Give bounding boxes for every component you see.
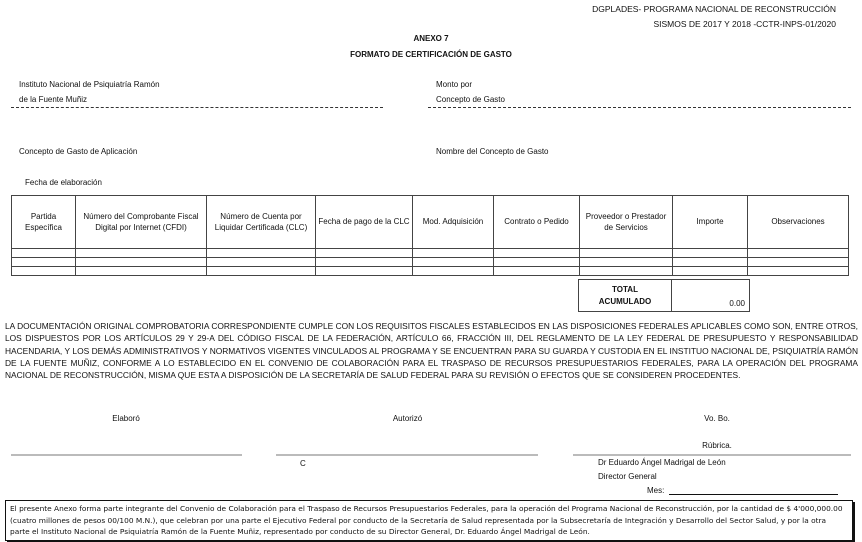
table-cell[interactable] <box>494 249 580 258</box>
table-cell[interactable] <box>673 258 748 267</box>
table-cell[interactable] <box>12 258 76 267</box>
header-line-2: SISMOS DE 2017 Y 2018 -CCTR-INPS-01/2020 <box>653 17 836 31</box>
table-cell[interactable] <box>748 258 849 267</box>
vobo-name: Dr Eduardo Ángel Madrigal de León <box>598 456 726 470</box>
month-label: Mes: <box>647 484 664 498</box>
table-cell[interactable] <box>580 258 673 267</box>
concept-application-label: Concepto de Gasto de Aplicación <box>19 145 137 159</box>
table-cell[interactable] <box>207 267 316 276</box>
table-cell[interactable] <box>12 267 76 276</box>
annex-footer-note: El presente Anexo forma parte integrante… <box>5 500 853 541</box>
table-cell[interactable] <box>207 258 316 267</box>
total-label-line-2: ACUMULADO <box>580 296 670 308</box>
table-header-row: Partida Específica Número del Comprobant… <box>12 196 849 249</box>
col-header-contract: Contrato o Pedido <box>494 196 580 249</box>
table-row <box>12 249 849 258</box>
table-cell[interactable] <box>316 249 413 258</box>
table-cell[interactable] <box>316 258 413 267</box>
month-field-line[interactable] <box>669 494 838 495</box>
total-accumulated: TOTAL ACUMULADO 0.00 <box>578 279 750 312</box>
vobo-title: Director General <box>598 470 657 484</box>
header-line-1: DGPLADES- PROGRAMA NACIONAL DE RECONSTRU… <box>592 2 836 16</box>
table-cell[interactable] <box>12 249 76 258</box>
table-cell[interactable] <box>494 267 580 276</box>
amount-label-1: Monto por <box>436 78 472 92</box>
autorizo-name: C <box>300 457 306 471</box>
autorizo-label: Autorizó <box>275 414 540 423</box>
table-cell[interactable] <box>76 267 207 276</box>
expense-table: Partida Específica Número del Comprobant… <box>11 195 849 276</box>
col-header-acquisition: Mod. Adquisición <box>413 196 494 249</box>
table-cell[interactable] <box>673 267 748 276</box>
table-row <box>12 258 849 267</box>
elaboro-label: Elaboró <box>11 414 241 423</box>
compliance-statement: LA DOCUMENTACIÓN ORIGINAL COMPROBATORIA … <box>5 320 858 381</box>
institution-label-1: Instituto Nacional de Psiquiatría Ramón <box>19 78 160 92</box>
table-cell[interactable] <box>413 258 494 267</box>
col-header-cfdi: Número del Comprobante Fiscal Digital po… <box>76 196 207 249</box>
total-value: 0.00 <box>672 280 750 312</box>
annex-title: ANEXO 7 <box>0 34 862 43</box>
total-label-line-1: TOTAL <box>580 284 670 296</box>
table-row <box>12 267 849 276</box>
table-cell[interactable] <box>580 267 673 276</box>
col-header-partida: Partida Específica <box>12 196 76 249</box>
table-cell[interactable] <box>494 258 580 267</box>
table-cell[interactable] <box>207 249 316 258</box>
concept-name-label: Nombre del Concepto de Gasto <box>436 145 549 159</box>
col-header-clc-date: Fecha de pago de la CLC <box>316 196 413 249</box>
table-cell[interactable] <box>580 249 673 258</box>
col-header-provider: Proveedor o Prestador de Servicios <box>580 196 673 249</box>
table-cell[interactable] <box>413 267 494 276</box>
table-cell[interactable] <box>748 267 849 276</box>
table-cell[interactable] <box>413 249 494 258</box>
amount-field-line[interactable] <box>428 107 851 108</box>
table-cell[interactable] <box>673 249 748 258</box>
col-header-amount: Importe <box>673 196 748 249</box>
amount-label-2: Concepto de Gasto <box>436 93 505 107</box>
col-header-clc: Número de Cuenta por Liquidar Certificad… <box>207 196 316 249</box>
form-title: FORMATO DE CERTIFICACIÓN DE GASTO <box>0 50 862 59</box>
vobo-label: Vo. Bo. <box>572 414 862 423</box>
elaboro-signature-line[interactable] <box>11 454 242 456</box>
rubrica-label: Rúbrica. <box>572 441 862 450</box>
institution-label-2: de la Fuente Muñiz <box>19 93 87 107</box>
institution-field-line[interactable] <box>11 107 383 108</box>
autorizo-signature-line[interactable] <box>276 454 538 456</box>
table-cell[interactable] <box>316 267 413 276</box>
table-cell[interactable] <box>748 249 849 258</box>
col-header-observations: Observaciones <box>748 196 849 249</box>
table-cell[interactable] <box>76 258 207 267</box>
total-label: TOTAL ACUMULADO <box>579 280 672 312</box>
date-label: Fecha de elaboración <box>25 176 102 190</box>
table-cell[interactable] <box>76 249 207 258</box>
